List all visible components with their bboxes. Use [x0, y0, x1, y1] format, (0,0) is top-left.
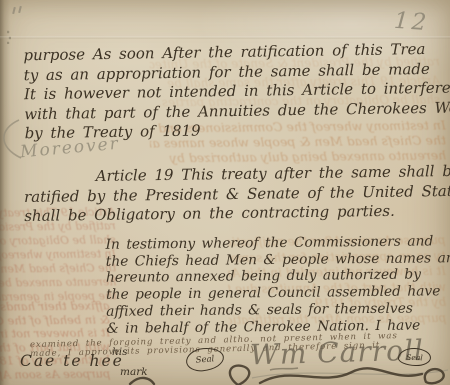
seal-label: Seal: [195, 354, 214, 366]
attestation-paragraph: In testimony whereof the Commissioners a…: [105, 233, 450, 337]
pencil-page-number: 12: [393, 8, 430, 36]
seal-doodle: Seal: [398, 347, 432, 366]
treaty-paragraph-appropriation: purpose As soon After the ratification o…: [23, 40, 444, 145]
pencil-tick-mark: [18, 6, 22, 13]
his-label: his: [112, 346, 128, 358]
mark-label: mark: [120, 366, 148, 378]
document-page: ratified by the President & Senate of th…: [0, 0, 450, 385]
signature-wm-carroll: Wm Carroll: [250, 334, 425, 372]
scan-edge-shadow: [0, 0, 10, 385]
signature-cae-te-hee: Cae te hee: [20, 352, 124, 370]
seal-label: Seal: [406, 352, 423, 362]
pencil-dot-marks: [7, 30, 11, 44]
pencil-tick-mark: [12, 7, 16, 14]
treaty-paragraph-article19: Article 19 This treaty after the same sh…: [24, 162, 449, 227]
paper-crease-line: [0, 36, 450, 39]
